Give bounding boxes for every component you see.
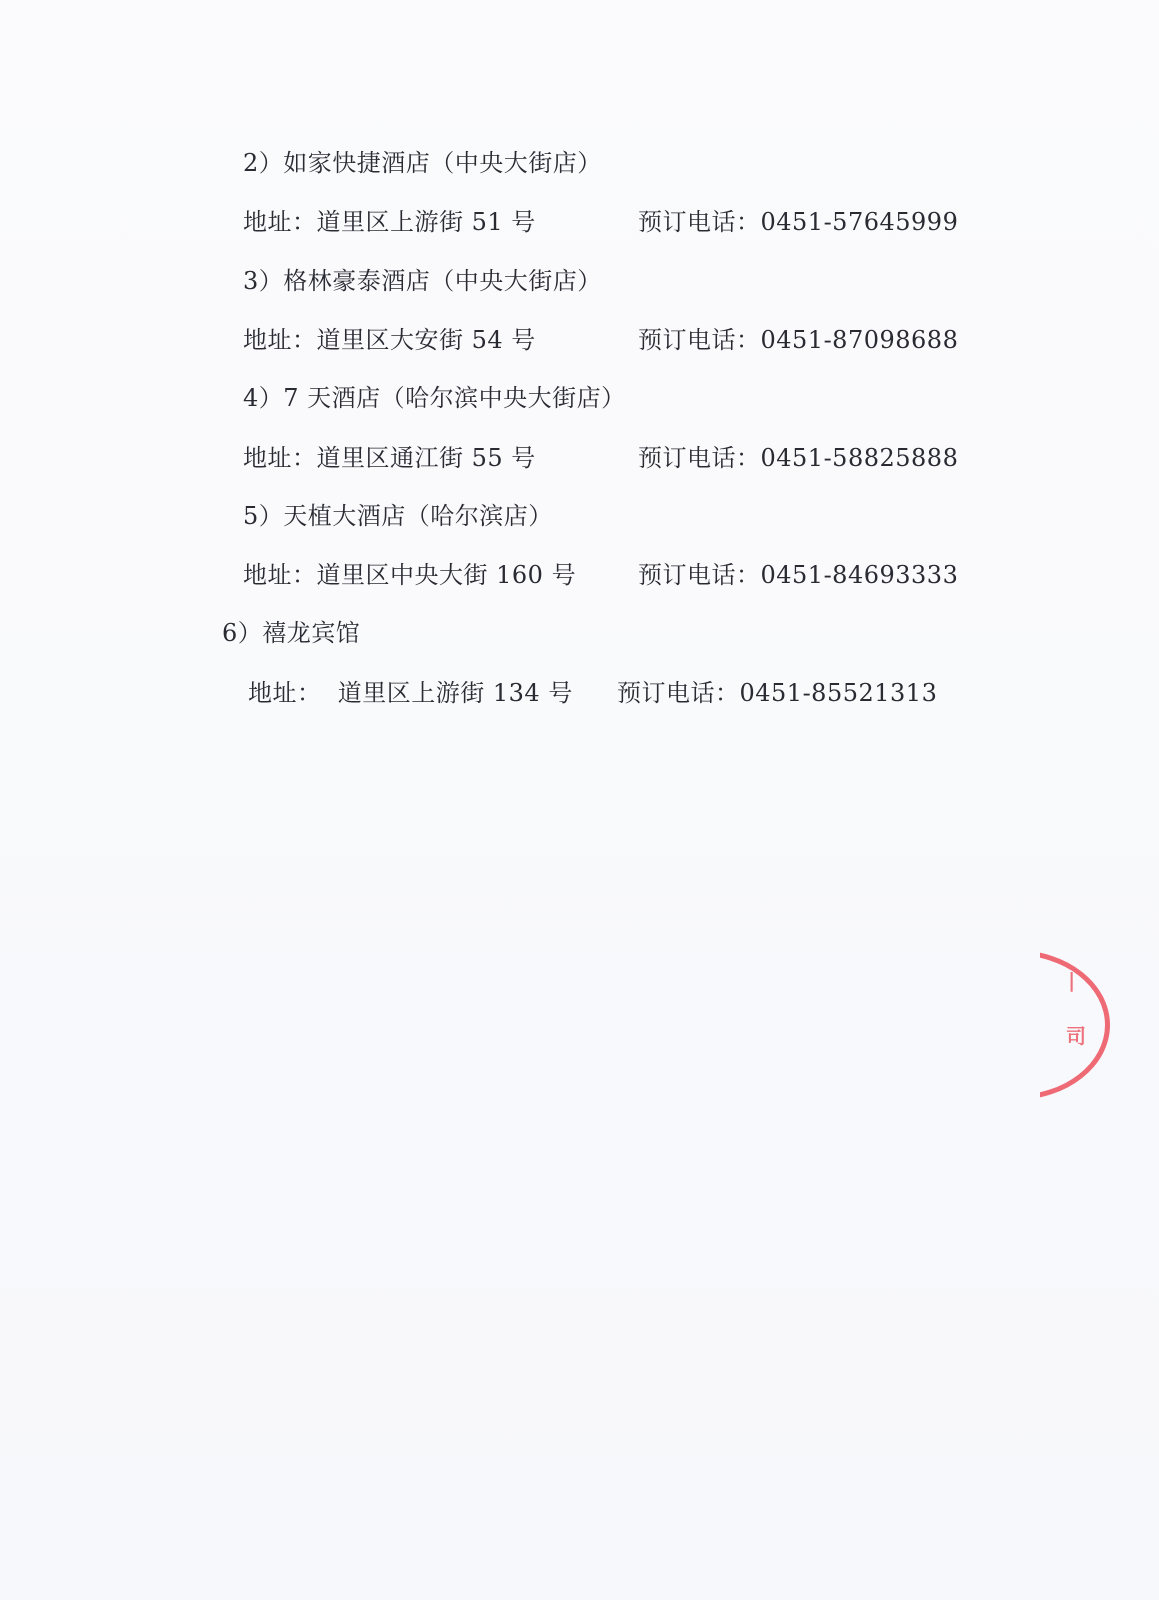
hotel-address: 地址： 道里区上游街 134 号 (248, 678, 573, 708)
official-seal-stamp: | 司 (1040, 950, 1120, 1110)
hotel-title: 6）禧龙宾馆 (222, 618, 360, 648)
hotel-title: 2）如家快捷酒店（中央大街店） (243, 148, 602, 178)
hotel-phone: 预订电话：0451-85521313 (617, 678, 937, 708)
hotel-phone: 预订电话：0451-58825888 (638, 443, 958, 473)
document-page: 2）如家快捷酒店（中央大街店） 地址：道里区上游街 51 号 预订电话：0451… (0, 0, 1159, 1600)
hotel-phone: 预订电话：0451-57645999 (638, 207, 958, 237)
hotel-address: 地址：道里区中央大街 160 号 (243, 560, 576, 590)
seal-partial-char: 司 (1066, 1020, 1086, 1049)
hotel-phone: 预订电话：0451-84693333 (638, 560, 958, 590)
hotel-address: 地址：道里区通江街 55 号 (243, 443, 536, 473)
hotel-phone: 预订电话：0451-87098688 (638, 325, 958, 355)
hotel-address: 地址：道里区上游街 51 号 (243, 207, 536, 237)
hotel-title: 5）天植大酒店（哈尔滨店） (243, 501, 553, 531)
hotel-title: 4）7 天酒店（哈尔滨中央大街店） (243, 383, 626, 413)
hotel-title: 3）格林豪泰酒店（中央大街店） (243, 266, 602, 296)
hotel-address: 地址：道里区大安街 54 号 (243, 325, 536, 355)
seal-partial-char: | (1068, 968, 1075, 992)
